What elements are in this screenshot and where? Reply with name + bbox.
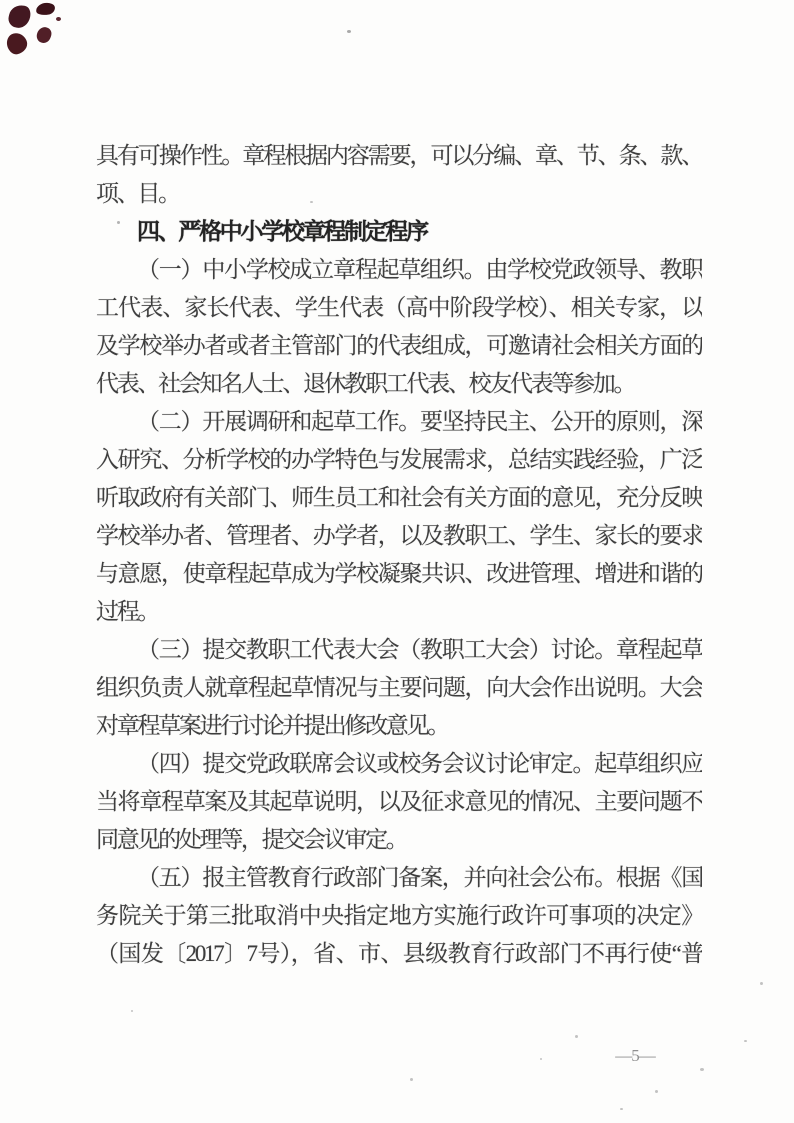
text-line: 及学校举办者或者主管部门的代表组成，可邀请社会相关方面的 (96, 327, 702, 365)
text-line: 过程。 (96, 593, 702, 631)
text-line: 同意见的处理等，提交会议审定。 (96, 821, 702, 859)
text-line: 项、目。 (96, 175, 702, 213)
scan-speck (700, 1068, 704, 1071)
text-line: 组织负责人就章程起草情况与主要问题，向大会作出说明。大会 (96, 669, 702, 707)
ink-stain (56, 17, 61, 21)
text-line: 工代表、家长代表、学生代表（高中阶段学校）、相关专家，以 (96, 289, 702, 327)
scan-speck (575, 1035, 578, 1038)
ink-stain (5, 31, 30, 56)
scan-speck (410, 1078, 413, 1081)
text-column: 具有可操作性。章程根据内容需要，可以分编、章、节、条、款、项、目。四、严格中小学… (96, 137, 702, 973)
scan-speck (744, 1040, 747, 1042)
text-line: 当将章程草案及其起草说明，以及征求意见的情况、主要问题不 (96, 783, 702, 821)
text-line: 具有可操作性。章程根据内容需要，可以分编、章、节、条、款、 (96, 137, 702, 175)
text-line: 对章程草案进行讨论并提出修改意见。 (96, 707, 702, 745)
ink-stain (35, 25, 54, 45)
text-line: 与意愿，使章程起草成为学校凝聚共识、改进管理、增进和谐的 (96, 555, 702, 593)
text-line: （一）中小学校成立章程起草组织。由学校党政领导、教职 (96, 251, 702, 289)
scan-speck (620, 1108, 623, 1110)
text-line: （四）提交党政联席会议或校务会议讨论审定。起草组织应 (96, 745, 702, 783)
page-number: —5— (600, 1046, 670, 1066)
ink-stain (7, 3, 32, 30)
text-line: 务院关于第三批取消中央指定地方实施行政许可事项的决定》 (96, 897, 702, 935)
text-line: 代表、社会知名人士、退休教职工代表、校友代表等参加。 (96, 365, 702, 403)
text-line: 听取政府有关部门、师生员工和社会有关方面的意见，充分反映 (96, 479, 702, 517)
text-line: （五）报主管教育行政部门备案，并向社会公布。根据《国 (96, 859, 702, 897)
text-line: （三）提交教职工代表大会（教职工大会）讨论。章程起草 (96, 631, 702, 669)
document-page: 具有可操作性。章程根据内容需要，可以分编、章、节、条、款、项、目。四、严格中小学… (0, 0, 794, 1123)
scan-speck (760, 982, 763, 985)
scan-speck (347, 30, 351, 33)
scan-speck (131, 1010, 133, 1012)
scan-speck (655, 1090, 658, 1093)
scan-speck (540, 1058, 542, 1060)
section-heading: 四、严格中小学校章程制定程序 (96, 213, 702, 251)
text-line: （二）开展调研和起草工作。要坚持民主、公开的原则，深 (96, 403, 702, 441)
text-line: 入研究、分析学校的办学特色与发展需求，总结实践经验，广泛 (96, 441, 702, 479)
text-line: （国发〔2017〕7号），省、市、县级教育行政部门不再行使“普 (96, 935, 702, 973)
ink-stain (35, 2, 55, 17)
text-line: 学校举办者、管理者、办学者，以及教职工、学生、家长的要求 (96, 517, 702, 555)
